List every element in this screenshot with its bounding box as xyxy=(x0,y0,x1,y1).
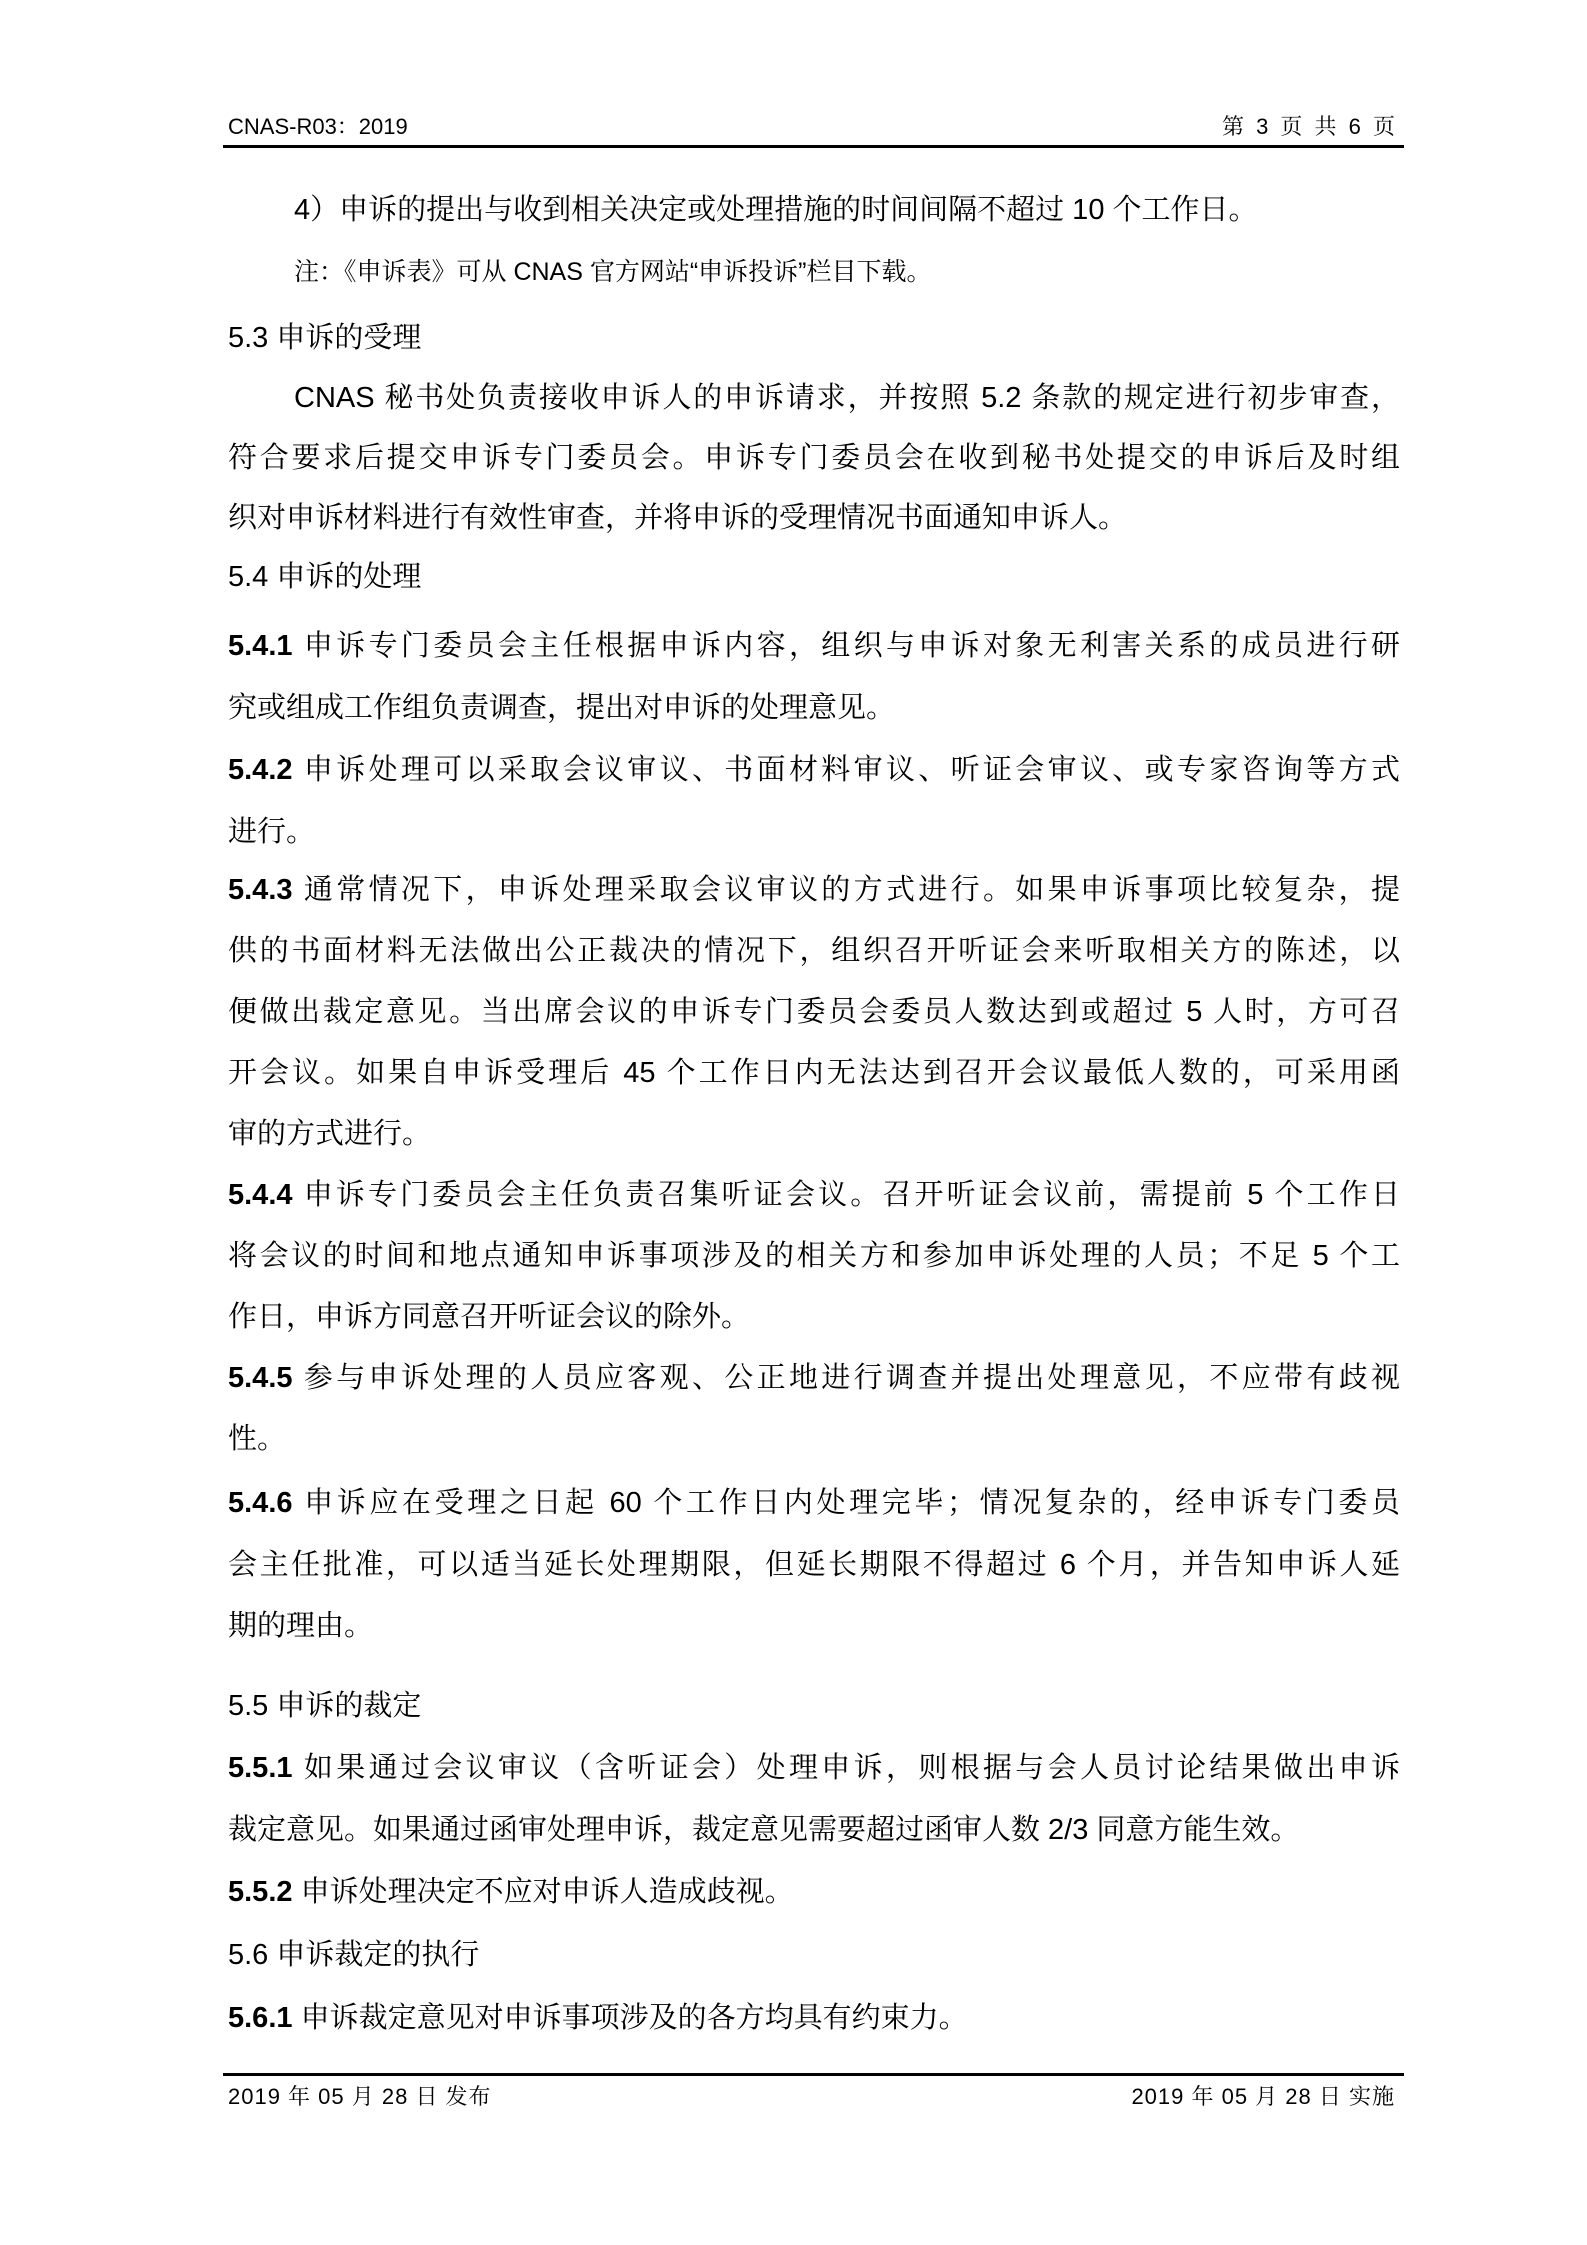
note: 注：《申诉表》可从 CNAS 官方网站“申诉投诉”栏目下载。 xyxy=(294,252,932,292)
paragraph-line: 裁定意见。如果通过函审处理申诉，裁定意见需要超过函审人数 2/3 同意方能生效。 xyxy=(228,1810,1299,1850)
clause-text: 申诉专门委员会主任负责召集听证会议。召开听证会议前，需提前 5 个工作日 xyxy=(304,1179,1400,1211)
clause-text: 通常情况下，申诉处理采取会议审议的方式进行。如果申诉事项比较复杂，提 xyxy=(304,874,1400,906)
page-footer: 2019 年 05 月 28 日 发布 2019 年 05 月 28 日 实施 xyxy=(223,2082,1403,2116)
clause-number: 5.4.1 xyxy=(228,630,293,662)
clause-5-5-1: 5.5.1 如果通过会议审议（含听证会）处理申诉，则根据与会人员讨论结果做出申诉 xyxy=(228,1748,1400,1788)
clause-5-6-1: 5.6.1 申诉裁定意见对申诉事项涉及的各方均具有约束力。 xyxy=(228,1998,968,2038)
paragraph-line: 会主任批准，可以适当延长处理期限，但延长期限不得超过 6 个月，并告知申诉人延 xyxy=(228,1545,1400,1585)
clause-text: 申诉应在受理之日起 60 个工作日内处理完毕；情况复杂的，经申诉专门委员 xyxy=(304,1487,1400,1519)
page-header: CNAS-R03：2019 第 3 页 共 6 页 xyxy=(223,112,1403,146)
header-rule xyxy=(223,145,1404,148)
clause-5-4-4: 5.4.4 申诉专门委员会主任负责召集听证会议。召开听证会议前，需提前 5 个工… xyxy=(228,1175,1400,1215)
section-heading-5-3: 5.3 申诉的受理 xyxy=(228,318,421,358)
footer-rule xyxy=(223,2073,1404,2076)
clause-5-4-5: 5.4.5 参与申诉处理的人员应客观、公正地进行调查并提出处理意见，不应带有歧视 xyxy=(228,1358,1400,1398)
section-heading-5-6: 5.6 申诉裁定的执行 xyxy=(228,1935,479,1975)
section-heading-5-5: 5.5 申诉的裁定 xyxy=(228,1686,421,1726)
paragraph-line: CNAS 秘书处负责接收申诉人的申诉请求，并按照 5.2 条款的规定进行初步审查… xyxy=(294,378,1400,418)
clause-5-4-3: 5.4.3 通常情况下，申诉处理采取会议审议的方式进行。如果申诉事项比较复杂，提 xyxy=(228,870,1400,910)
paragraph-line: 便做出裁定意见。当出席会议的申诉专门委员会委员人数达到或超过 5 人时，方可召 xyxy=(228,992,1400,1032)
clause-5-4-1: 5.4.1 申诉专门委员会主任根据申诉内容，组织与申诉对象无利害关系的成员进行研 xyxy=(228,626,1400,666)
paragraph-line: 审的方式进行。 xyxy=(228,1114,431,1154)
clause-5-5-2: 5.5.2 申诉处理决定不应对申诉人造成歧视。 xyxy=(228,1872,794,1912)
clause-number: 5.4.3 xyxy=(228,874,293,906)
issue-date: 2019 年 05 月 28 日 发布 xyxy=(228,2082,492,2112)
clause-number: 5.4.6 xyxy=(228,1487,293,1519)
paragraph-line: 期的理由。 xyxy=(228,1606,373,1646)
clause-text: 参与申诉处理的人员应客观、公正地进行调查并提出处理意见，不应带有歧视 xyxy=(304,1362,1400,1394)
clause-5-4-2: 5.4.2 申诉处理可以采取会议审议、书面材料审议、听证会审议、或专家咨询等方式 xyxy=(228,750,1400,790)
page-number: 第 3 页 共 6 页 xyxy=(1222,112,1398,142)
paragraph-line: 供的书面材料无法做出公正裁决的情况下，组织召开听证会来听取相关方的陈述，以 xyxy=(228,931,1400,971)
clause-5-4-6: 5.4.6 申诉应在受理之日起 60 个工作日内处理完毕；情况复杂的，经申诉专门… xyxy=(228,1483,1400,1523)
list-item-4: 4）申诉的提出与收到相关决定或处理措施的时间间隔不超过 10 个工作日。 xyxy=(294,190,1258,230)
clause-text: 如果通过会议审议（含听证会）处理申诉，则根据与会人员讨论结果做出申诉 xyxy=(304,1752,1400,1784)
paragraph-line: 将会议的时间和地点通知申诉事项涉及的相关方和参加申诉处理的人员；不足 5 个工 xyxy=(228,1236,1400,1276)
paragraph-line: 开会议。如果自申诉受理后 45 个工作日内无法达到召开会议最低人数的，可采用函 xyxy=(228,1053,1400,1093)
document-code: CNAS-R03：2019 xyxy=(228,112,408,142)
paragraph-line: 性。 xyxy=(228,1419,286,1459)
paragraph-line: 织对申诉材料进行有效性审查，并将申诉的受理情况书面通知申诉人。 xyxy=(228,498,1127,538)
paragraph-line: 符合要求后提交申诉专门委员会。申诉专门委员会在收到秘书处提交的申诉后及时组 xyxy=(228,438,1400,478)
clause-number: 5.4.5 xyxy=(228,1362,293,1394)
clause-number: 5.5.1 xyxy=(228,1752,293,1784)
paragraph-line: 作日，申诉方同意召开听证会议的除外。 xyxy=(228,1297,750,1337)
clause-number: 5.4.2 xyxy=(228,754,293,786)
clause-number: 5.4.4 xyxy=(228,1179,293,1211)
paragraph-line: 究或组成工作组负责调查，提出对申诉的处理意见。 xyxy=(228,688,895,728)
clause-number: 5.6.1 xyxy=(228,2002,293,2034)
clause-text: 申诉专门委员会主任根据申诉内容，组织与申诉对象无利害关系的成员进行研 xyxy=(304,630,1400,662)
clause-number: 5.5.2 xyxy=(228,1876,293,1908)
paragraph-line: 进行。 xyxy=(228,812,315,852)
clause-text: 申诉处理决定不应对申诉人造成歧视。 xyxy=(301,1876,794,1908)
section-heading-5-4: 5.4 申诉的处理 xyxy=(228,557,421,597)
clause-text: 申诉裁定意见对申诉事项涉及的各方均具有约束力。 xyxy=(301,2002,968,2034)
effective-date: 2019 年 05 月 28 日 实施 xyxy=(1131,2082,1395,2112)
clause-text: 申诉处理可以采取会议审议、书面材料审议、听证会审议、或专家咨询等方式 xyxy=(304,754,1400,786)
